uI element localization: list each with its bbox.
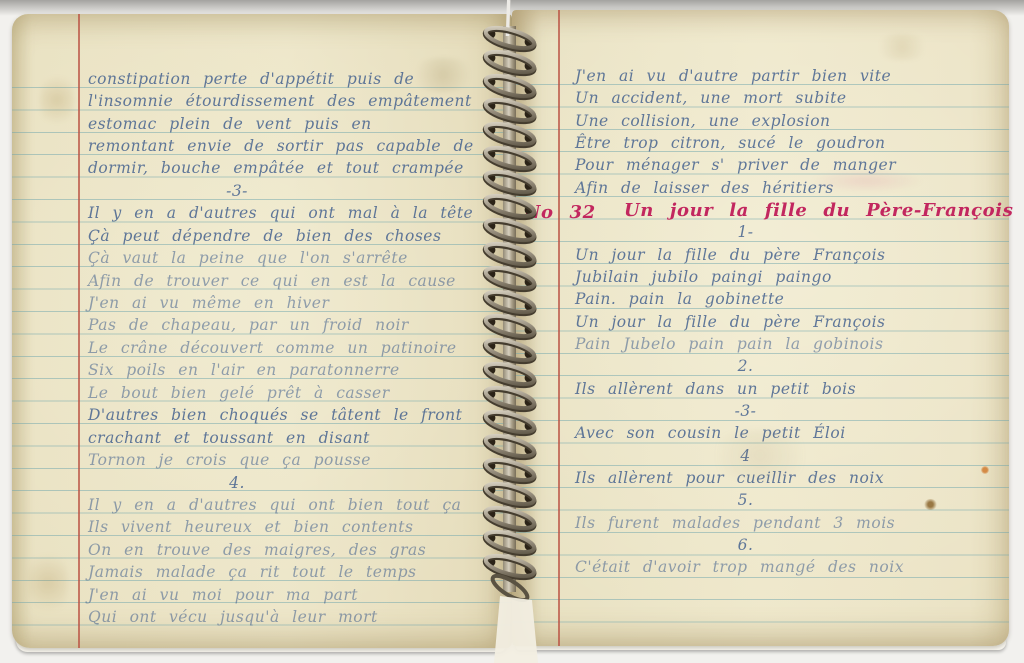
handwritten-line: Le crâne découvert comme un patinoire <box>88 338 457 358</box>
handwritten-line: Être trop citron, sucé le goudron <box>575 133 885 153</box>
handwritten-line: l'insomnie étourdissement des empâtement <box>88 91 472 111</box>
handwritten-line: Il y en a d'autres qui ont bien tout ça <box>88 495 461 515</box>
handwritten-line: Çà vaut la peine que l'on s'arrête <box>88 248 408 268</box>
song-title: Un jour la fille du Père-François <box>624 200 1013 221</box>
handwritten-line: Jubilain jubilo paingi paingo <box>575 267 832 287</box>
handwritten-line: Tornon je crois que ça pousse <box>88 450 371 470</box>
handwritten-line: remontant envie de sortir pas capable de <box>88 136 474 156</box>
stanza-number: 2. <box>552 356 939 376</box>
stanza-number: 4. <box>12 473 462 493</box>
handwritten-line: estomac plein de vent puis en <box>88 114 372 134</box>
handwritten-line: Un jour la fille du père François <box>575 312 886 332</box>
handwritten-line: Jamais malade ça rit tout le temps <box>88 562 417 582</box>
notebook-photo: constipation perte d'appétit puis de l'i… <box>0 0 1024 663</box>
handwritten-line: constipation perte d'appétit puis de <box>88 69 414 89</box>
handwritten-line: Pain Jubelo pain pain la gobinois <box>575 334 883 354</box>
handwritten-line: Pour ménager s' priver de manger <box>575 155 896 175</box>
stanza-number: 1- <box>552 222 939 242</box>
stanza-number: 6. <box>552 535 939 555</box>
handwritten-line: Le bout bien gelé prêt à casser <box>88 383 390 403</box>
handwritten-line: Ils furent malades pendant 3 mois <box>575 513 895 533</box>
handwritten-line: Il y en a d'autres qui ont mal à la tête <box>88 203 473 223</box>
handwritten-line: Pas de chapeau, par un froid noir <box>88 315 409 335</box>
left-page: constipation perte d'appétit puis de l'i… <box>12 14 512 648</box>
handwritten-line: Ils vivent heureux et bien contents <box>88 517 413 537</box>
handwritten-line: Une collision, une explosion <box>575 111 831 131</box>
handwritten-line: crachant et toussant en disant <box>88 428 370 448</box>
handwritten-line: Un accident, une mort subite <box>575 88 847 108</box>
handwritten-line: On en trouve des maigres, des gras <box>88 540 426 560</box>
handwritten-line: J'en ai vu même en hiver <box>88 293 329 313</box>
handwritten-line: Afin de laisser des héritiers <box>575 178 834 198</box>
handwritten-line: Un jour la fille du père François <box>575 245 886 265</box>
handwritten-line: Pain. pain la gobinette <box>575 289 784 309</box>
stanza-number: -3- <box>552 401 939 421</box>
handwritten-line: Afin de trouver ce qui en est la cause <box>88 271 456 291</box>
handwritten-line: Six poils en l'air en paratonnerre <box>88 360 400 380</box>
handwritten-line: J'en ai vu d'autre partir bien vite <box>575 66 891 86</box>
stanza-number: 4 <box>552 446 939 466</box>
spiral-binding-icon <box>474 0 546 663</box>
handwritten-line: Çà peut dépendre de bien des choses <box>88 226 441 246</box>
handwritten-line: dormir, bouche empâtée et tout crampée <box>88 158 464 178</box>
handwritten-line: Ils allèrent dans un petit bois <box>575 379 856 399</box>
handwritten-line: D'autres bien choqués se tâtent le front <box>88 405 462 425</box>
handwritten-line: J'en ai vu moi pour ma part <box>88 585 358 605</box>
handwritten-line: Qui ont vécu jusqu'à leur mort <box>88 607 378 627</box>
handwritten-line: Avec son cousin le petit Éloi <box>575 423 846 443</box>
torn-paper-edge <box>494 596 538 663</box>
margin-line <box>78 14 80 648</box>
handwritten-line: Ils allèrent pour cueillir des noix <box>575 468 884 488</box>
handwritten-line: C'était d'avoir trop mangé des noix <box>575 557 904 577</box>
stanza-number: -3- <box>12 181 462 201</box>
right-page: J'en ai vu d'autre partir bien vite Un a… <box>512 10 1009 646</box>
stanza-number: 5. <box>552 490 939 510</box>
